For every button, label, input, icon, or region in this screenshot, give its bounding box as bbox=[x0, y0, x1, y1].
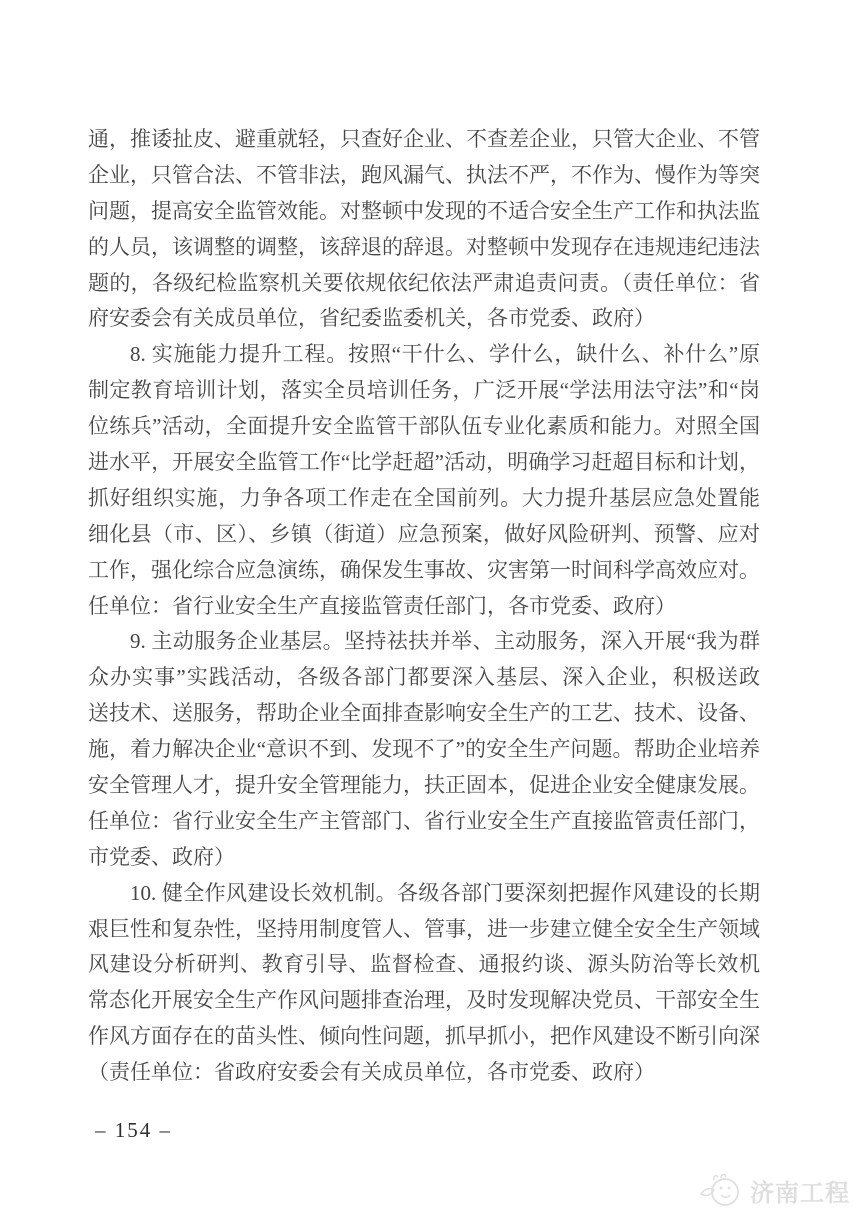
document-page: 通，推诿扯皮、避重就轻，只查好企业、不查差企业，只管大企业、不管小企业，只管合法… bbox=[0, 0, 856, 1225]
text-line: 9. 主动服务企业基层。坚持祛扶并举、主动服务，深入开展“我为群 bbox=[88, 624, 760, 660]
text-line: 问题，提高安全监管效能。对整顿中发现的不适合安全生产工作和执法监管 bbox=[88, 194, 760, 230]
text-line: 作风方面存在的苗头性、倾向性问题，抓早抓小，把作风建设不断引向深入。 bbox=[88, 1019, 760, 1055]
text-line: 8. 实施能力提升工程。按照“干什么、学什么，缺什么、补什么”原则， bbox=[88, 337, 760, 373]
text-line: 艰巨性和复杂性，坚持用制度管人、管事，进一步建立健全安全生产领域作 bbox=[88, 912, 760, 948]
text-line: 安全管理人才，提升安全管理能力，扶正固本，促进企业安全健康发展。（责 bbox=[88, 768, 760, 804]
text-line: 风建设分析研判、教育引导、监督检查、通报约谈、源头防治等长效机制， bbox=[88, 947, 760, 983]
text-line: 题的，各级纪检监察机关要依规依纪依法严肃追责问责。（责任单位：省政 bbox=[88, 266, 760, 302]
text-line: 制定教育培训计划，落实全员培训任务，广泛开展“学法用法守法”和“岗 bbox=[88, 373, 760, 409]
text-line: 10. 健全作风建设长效机制。各级各部门要深刻把握作风建设的长期性、 bbox=[88, 876, 760, 912]
text-line: 的人员，该调整的调整，该辞退的辞退。对整顿中发现存在违规违纪违法问 bbox=[88, 230, 760, 266]
text-line: 市党委、政府） bbox=[88, 840, 760, 876]
text-line: 进水平，开展安全监管工作“比学赶超”活动，明确学习赶超目标和计划， bbox=[88, 445, 760, 481]
text-line: 通，推诿扯皮、避重就轻，只查好企业、不查差企业，只管大企业、不管小 bbox=[88, 122, 760, 158]
text-line: 常态化开展安全生产作风问题排查治理，及时发现解决党员、干部安全生产 bbox=[88, 983, 760, 1019]
text-line: 任单位：省行业安全生产主管部门、省行业安全生产直接监管责任部门，各 bbox=[88, 804, 760, 840]
text-line: 众办实事”实践活动，各级各部门都要深入基层、深入企业，积极送政策、 bbox=[88, 660, 760, 696]
text-line: 送技术、送服务，帮助企业全面排查影响安全生产的工艺、技术、设备、设 bbox=[88, 696, 760, 732]
mascot-logo-icon bbox=[698, 1172, 744, 1208]
text-line: 任单位：省行业安全生产直接监管责任部门，各市党委、政府） bbox=[88, 589, 760, 625]
text-line: 位练兵”活动，全面提升安全监管干部队伍专业化素质和能力。对照全国先 bbox=[88, 409, 760, 445]
watermark-text: 济南工程 bbox=[750, 1173, 850, 1208]
watermark: 济南工程 bbox=[698, 1172, 850, 1208]
text-line: 府安委会有关成员单位，省纪委监委机关，各市党委、政府） bbox=[88, 301, 760, 337]
page-number: – 154 – bbox=[95, 1118, 172, 1143]
text-line: 工作，强化综合应急演练，确保发生事故、灾害第一时间科学高效应对。（责 bbox=[88, 553, 760, 589]
text-line: 企业，只管合法、不管非法，跑风漏气、执法不严，不作为、慢作为等突出 bbox=[88, 158, 760, 194]
text-line: 细化县（市、区）、乡镇（街道）应急预案，做好风险研判、预警、应对等 bbox=[88, 517, 760, 553]
text-line: 抓好组织实施，力争各项工作走在全国前列。大力提升基层应急处置能力， bbox=[88, 481, 760, 517]
text-line: （责任单位：省政府安委会有关成员单位，各市党委、政府） bbox=[88, 1055, 760, 1091]
text-line: 施，着力解决企业“意识不到、发现不了”的安全生产问题。帮助企业培养 bbox=[88, 732, 760, 768]
document-body: 通，推诿扯皮、避重就轻，只查好企业、不查差企业，只管大企业、不管小企业，只管合法… bbox=[88, 122, 760, 1091]
